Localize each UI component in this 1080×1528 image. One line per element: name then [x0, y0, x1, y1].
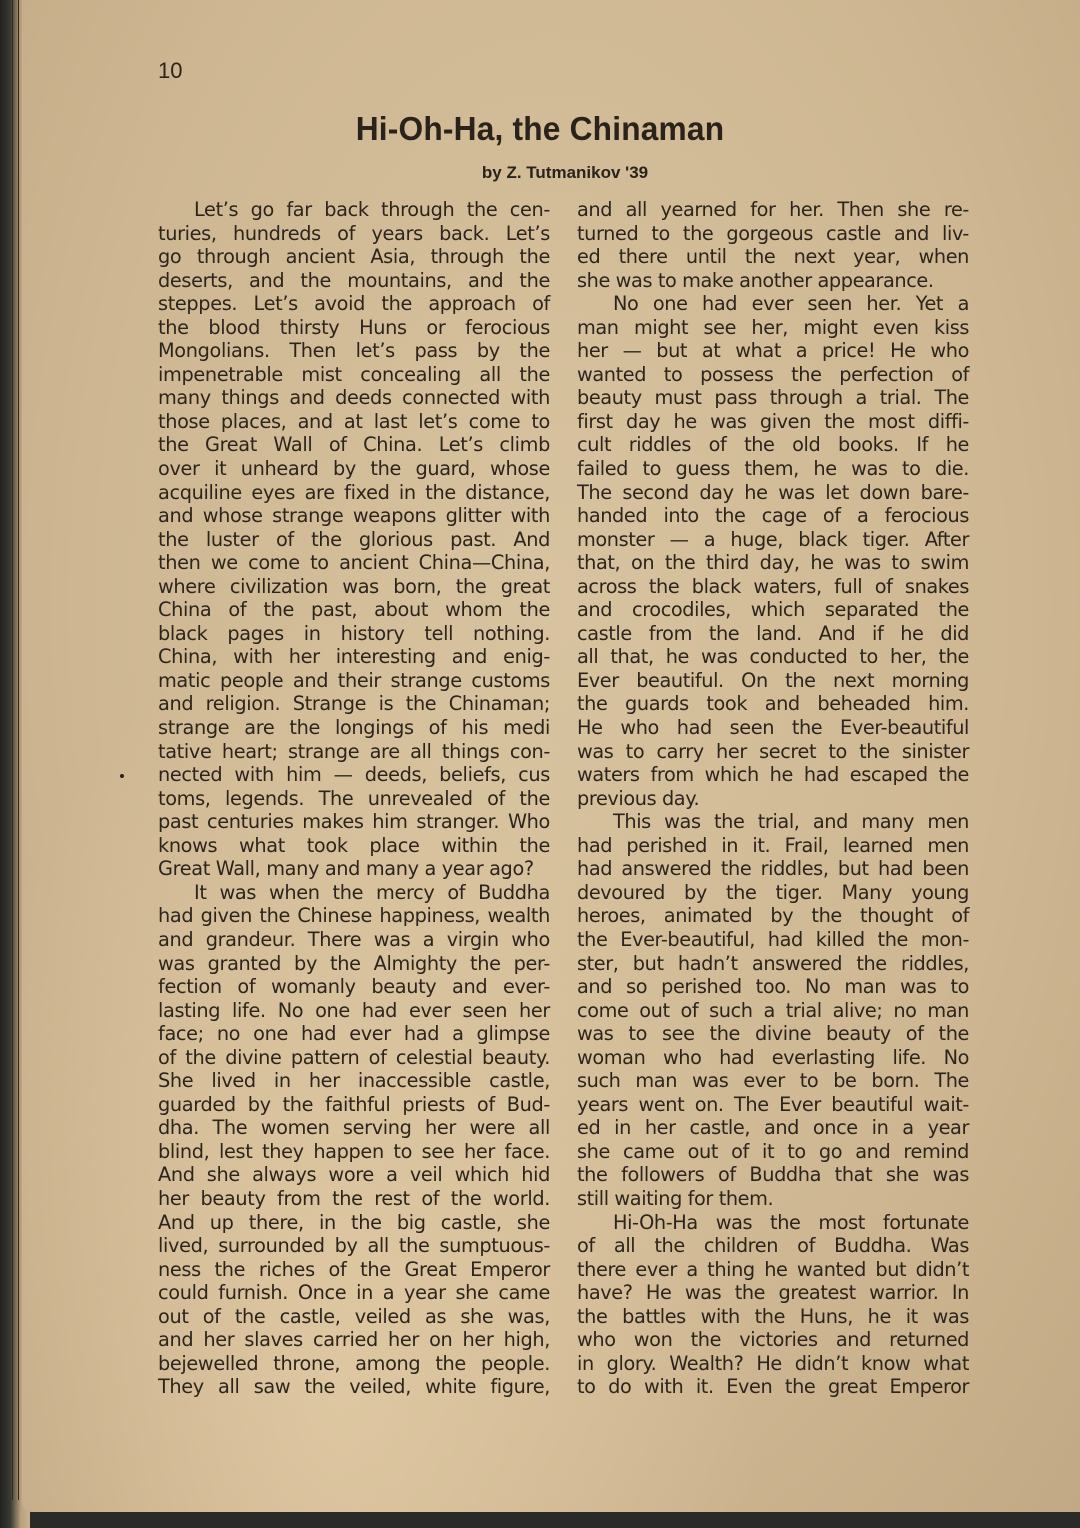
text-line: many things and deeds connected with [158, 386, 550, 410]
text-line: impenetrable mist concealing all the [158, 363, 550, 387]
text-line: the Ever-beautiful, had killed the mon- [577, 928, 969, 952]
text-line: across the black waters, full of snakes [577, 575, 969, 599]
text-line: He who had seen the Ever-beautiful [577, 716, 969, 740]
text-line: ness the riches of the Great Emperor [158, 1258, 550, 1282]
text-line: previous day. [577, 787, 969, 811]
text-line: And up there, in the big castle, she [158, 1211, 550, 1235]
text-line: the luster of the glorious past. And [158, 528, 550, 552]
text-line: monster — a huge, black tiger. After [577, 528, 969, 552]
text-line: Hi-Oh-Ha was the most fortunate [577, 1211, 969, 1235]
text-line: No one had ever seen her. Yet a [577, 292, 969, 316]
text-line: face; no one had ever had a glimpse [158, 1022, 550, 1046]
text-line: in glory. Wealth? He didn’t know what [577, 1352, 969, 1376]
text-line: acquiline eyes are fixed in the distance… [158, 481, 550, 505]
text-line: out of the castle, veiled as she was, [158, 1305, 550, 1329]
text-line: castle from the land. And if he did [577, 622, 969, 646]
text-line: turies, hundreds of years back. Let’s [158, 222, 550, 246]
text-line: matic people and their strange customs [158, 669, 550, 693]
text-line: knows what took place within the [158, 834, 550, 858]
text-line: She lived in her inaccessible castle, [158, 1069, 550, 1093]
text-line: was to see the divine beauty of the [577, 1022, 969, 1046]
text-line: and religion. Strange is the Chinaman; [158, 692, 550, 716]
text-line: failed to guess them, he was to die. [577, 457, 969, 481]
page-number: 10 [158, 58, 182, 84]
article-title: Hi-Oh-Ha, the Chinaman [22, 110, 1059, 148]
article-byline: by Z. Tutmanikov '39 [0, 163, 1080, 183]
text-line: strange are the longings of his medi [158, 716, 550, 740]
text-line: Let’s go far back through the cen- [158, 198, 550, 222]
text-line: nected with him — deeds, beliefs, cus [158, 763, 550, 787]
text-line: the guards took and beheaded him. [577, 692, 969, 716]
text-line: and her slaves carried her on her high, [158, 1328, 550, 1352]
text-line: past centuries makes him stranger. Who [158, 810, 550, 834]
text-line: turned to the gorgeous castle and liv- [577, 222, 969, 246]
text-line: who won the victories and returned [577, 1328, 969, 1352]
text-line: have? He was the greatest warrior. In [577, 1281, 969, 1305]
text-line: she was to make another appearance. [577, 269, 969, 293]
text-line: devoured by the tiger. Many young [577, 881, 969, 905]
text-line: beauty must pass through a trial. The [577, 386, 969, 410]
text-line: such man was ever to be born. The [577, 1069, 969, 1093]
text-line: then we come to ancient China—China, [158, 551, 550, 575]
text-line: handed into the cage of a ferocious [577, 504, 969, 528]
text-line: and grandeur. There was a virgin who [158, 928, 550, 952]
text-line: Mongolians. Then let’s pass by the [158, 339, 550, 363]
text-line: bejewelled throne, among the people. [158, 1352, 550, 1376]
text-line: still waiting for them. [577, 1187, 969, 1211]
page-edge-line [12, 0, 13, 1500]
text-line: Great Wall, many and many a year ago? [158, 857, 550, 881]
text-line: ed in her castle, and once in a year [577, 1116, 969, 1140]
text-line: her beauty from the rest of the world. [158, 1187, 550, 1211]
text-line: had given the Chinese happiness, wealth [158, 904, 550, 928]
text-line: of the divine pattern of celestial beaut… [158, 1046, 550, 1070]
text-line: cult riddles of the old books. If he [577, 433, 969, 457]
text-line: of all the children of Buddha. Was [577, 1234, 969, 1258]
text-line: and whose strange weapons glitter with [158, 504, 550, 528]
text-line: was granted by the Almighty the per- [158, 952, 550, 976]
text-line: deserts, and the mountains, and the [158, 269, 550, 293]
text-line: ster, but hadn’t answered the riddles, [577, 952, 969, 976]
text-line: those places, and at last let’s come to [158, 410, 550, 434]
text-line: could furnish. Once in a year she came [158, 1281, 550, 1305]
text-line: man might see her, might even kiss [577, 316, 969, 340]
text-line: Ever beautiful. On the next morning [577, 669, 969, 693]
text-line: blind, lest they happen to see her face. [158, 1140, 550, 1164]
text-line: and all yearned for her. Then she re- [577, 198, 969, 222]
text-line: first day he was given the most diffi- [577, 410, 969, 434]
text-line: And she always wore a veil which hid [158, 1163, 550, 1187]
text-line: where civilization was born, the great [158, 575, 550, 599]
page-edge-line [18, 0, 19, 1500]
text-line: heroes, animated by the thought of [577, 904, 969, 928]
text-line: China, with her interesting and enig- [158, 645, 550, 669]
text-line: tative heart; strange are all things con… [158, 740, 550, 764]
text-line: the Great Wall of China. Let’s climb [158, 433, 550, 457]
text-line: had answered the riddles, but had been [577, 857, 969, 881]
text-line: she came out of it to go and remind [577, 1140, 969, 1164]
text-line: over it unheard by the guard, whose [158, 457, 550, 481]
text-line: was to carry her secret to the sinister [577, 740, 969, 764]
text-line: wanted to possess the perfection of [577, 363, 969, 387]
text-line: steppes. Let’s avoid the approach of [158, 292, 550, 316]
text-line: fection of womanly beauty and ever- [158, 975, 550, 999]
text-line: guarded by the faithful priests of Bud- [158, 1093, 550, 1117]
text-line: had perished in it. Frail, learned men [577, 834, 969, 858]
text-line: the battles with the Huns, he it was [577, 1305, 969, 1329]
text-line: there ever a thing he wanted but didn’t [577, 1258, 969, 1282]
text-line: come out of such a trial alive; no man [577, 999, 969, 1023]
text-line: black pages in history tell nothing. [158, 622, 550, 646]
text-line: the blood thirsty Huns or ferocious [158, 316, 550, 340]
text-line: lasting life. No one had ever seen her [158, 999, 550, 1023]
text-line: dha. The women serving her were all [158, 1116, 550, 1140]
text-line: China of the past, about whom the [158, 598, 550, 622]
text-line: It was when the mercy of Buddha [158, 881, 550, 905]
text-column-right: and all yearned for her. Then she re- tu… [577, 198, 969, 1399]
text-line: ed there until the next year, when [577, 245, 969, 269]
text-line: lived, surrounded by all the sumptuous- [158, 1234, 550, 1258]
text-line: all that, he was conducted to her, the [577, 645, 969, 669]
text-line: that, on the third day, he was to swim [577, 551, 969, 575]
text-line: the followers of Buddha that she was [577, 1163, 969, 1187]
text-line: They all saw the veiled, white figure, [158, 1375, 550, 1399]
text-line: years went on. The Ever beautiful wait- [577, 1093, 969, 1117]
text-line: to do with it. Even the great Emperor [577, 1375, 969, 1399]
text-line: go through ancient Asia, through the [158, 245, 550, 269]
text-line: The second day he was let down bare- [577, 481, 969, 505]
text-line: waters from which he had escaped the [577, 763, 969, 787]
text-line: her — but at what a price! He who [577, 339, 969, 363]
text-column-left: Let’s go far back through the cen- turie… [158, 198, 550, 1399]
text-line: and crocodiles, which separated the [577, 598, 969, 622]
text-line: toms, legends. The unrevealed of the [158, 787, 550, 811]
text-line: This was the trial, and many men [577, 810, 969, 834]
print-speck [120, 774, 124, 778]
text-line: and so perished too. No man was to [577, 975, 969, 999]
text-line: woman who had everlasting life. No [577, 1046, 969, 1070]
